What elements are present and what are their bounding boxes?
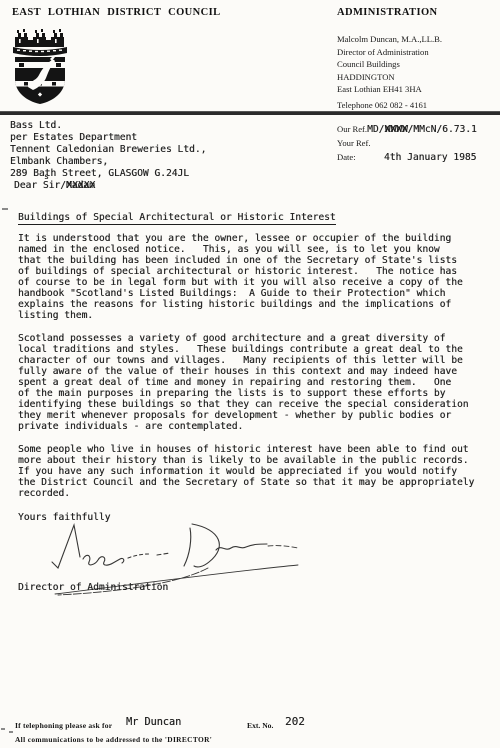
our-ref-struck-text: XXXXWWWW (384, 123, 407, 136)
letter-body: Buildings of Special Architectural or Hi… (18, 205, 492, 511)
date-value: 4th January 1985 (384, 152, 476, 163)
council-name: EAST LOTHIAN DISTRICT COUNCIL (12, 7, 220, 18)
recipient-address: Bass Ltd. per Estates Department Tennent… (10, 120, 206, 180)
footer-ask-label: If telephoning please ask for (15, 721, 112, 730)
coat-of-arms-icon (12, 29, 68, 106)
paragraph-1: It is understood that you are the owner,… (18, 233, 492, 321)
paragraph-3: Some people who live in houses of histor… (18, 444, 492, 499)
date-row: Date:4th January 1985 (337, 148, 477, 162)
footer-ext-number: 202 (285, 715, 305, 728)
salutation: Dear Sir/MadamXXXXX (14, 180, 95, 191)
our-ref-row: Our Ref.MD/XXXXWWWW/MMcN/6.73.1 (337, 120, 477, 134)
salutation-prefix: Dear Sir/ (14, 180, 66, 191)
our-ref-suffix: /MMcN/6.73.1 (408, 124, 477, 135)
letter-page: EAST LOTHIAN DISTRICT COUNCIL ADMINISTRA… (0, 0, 500, 748)
date-label: Date: (337, 151, 367, 164)
contact-postcode: East Lothian EH41 3HA (337, 83, 442, 96)
scan-artifact (1, 728, 5, 730)
footer-contact-name: Mr Duncan (126, 717, 181, 728)
reference-block: Our Ref.MD/XXXXWWWW/MMcN/6.73.1 Your Ref… (337, 120, 477, 162)
footer-communications-note: All communications to be addressed to th… (15, 735, 212, 744)
scan-artifact (9, 731, 13, 733)
salutation-struck-text: MadamXXXXX (66, 180, 95, 191)
contact-title: Director of Administration (337, 46, 442, 59)
contact-building: Council Buildings (337, 58, 442, 71)
scan-artifact (2, 208, 8, 210)
signer-title: Director of Administration (18, 582, 168, 593)
contact-town: HADDINGTON (337, 71, 442, 84)
header-divider (0, 111, 500, 115)
contact-block: Malcolm Duncan, M.A.,LL.B. Director of A… (337, 33, 442, 111)
telephone: Telephone 062 082 - 4161 (337, 99, 442, 112)
department-title: ADMINISTRATION (337, 7, 438, 18)
contact-name: Malcolm Duncan, M.A.,LL.B. (337, 33, 442, 46)
paragraph-2: Scotland possesses a variety of good arc… (18, 333, 492, 432)
footer-ext-label: Ext. No. (247, 721, 273, 730)
subject-line: Buildings of Special Architectural or Hi… (18, 212, 336, 225)
